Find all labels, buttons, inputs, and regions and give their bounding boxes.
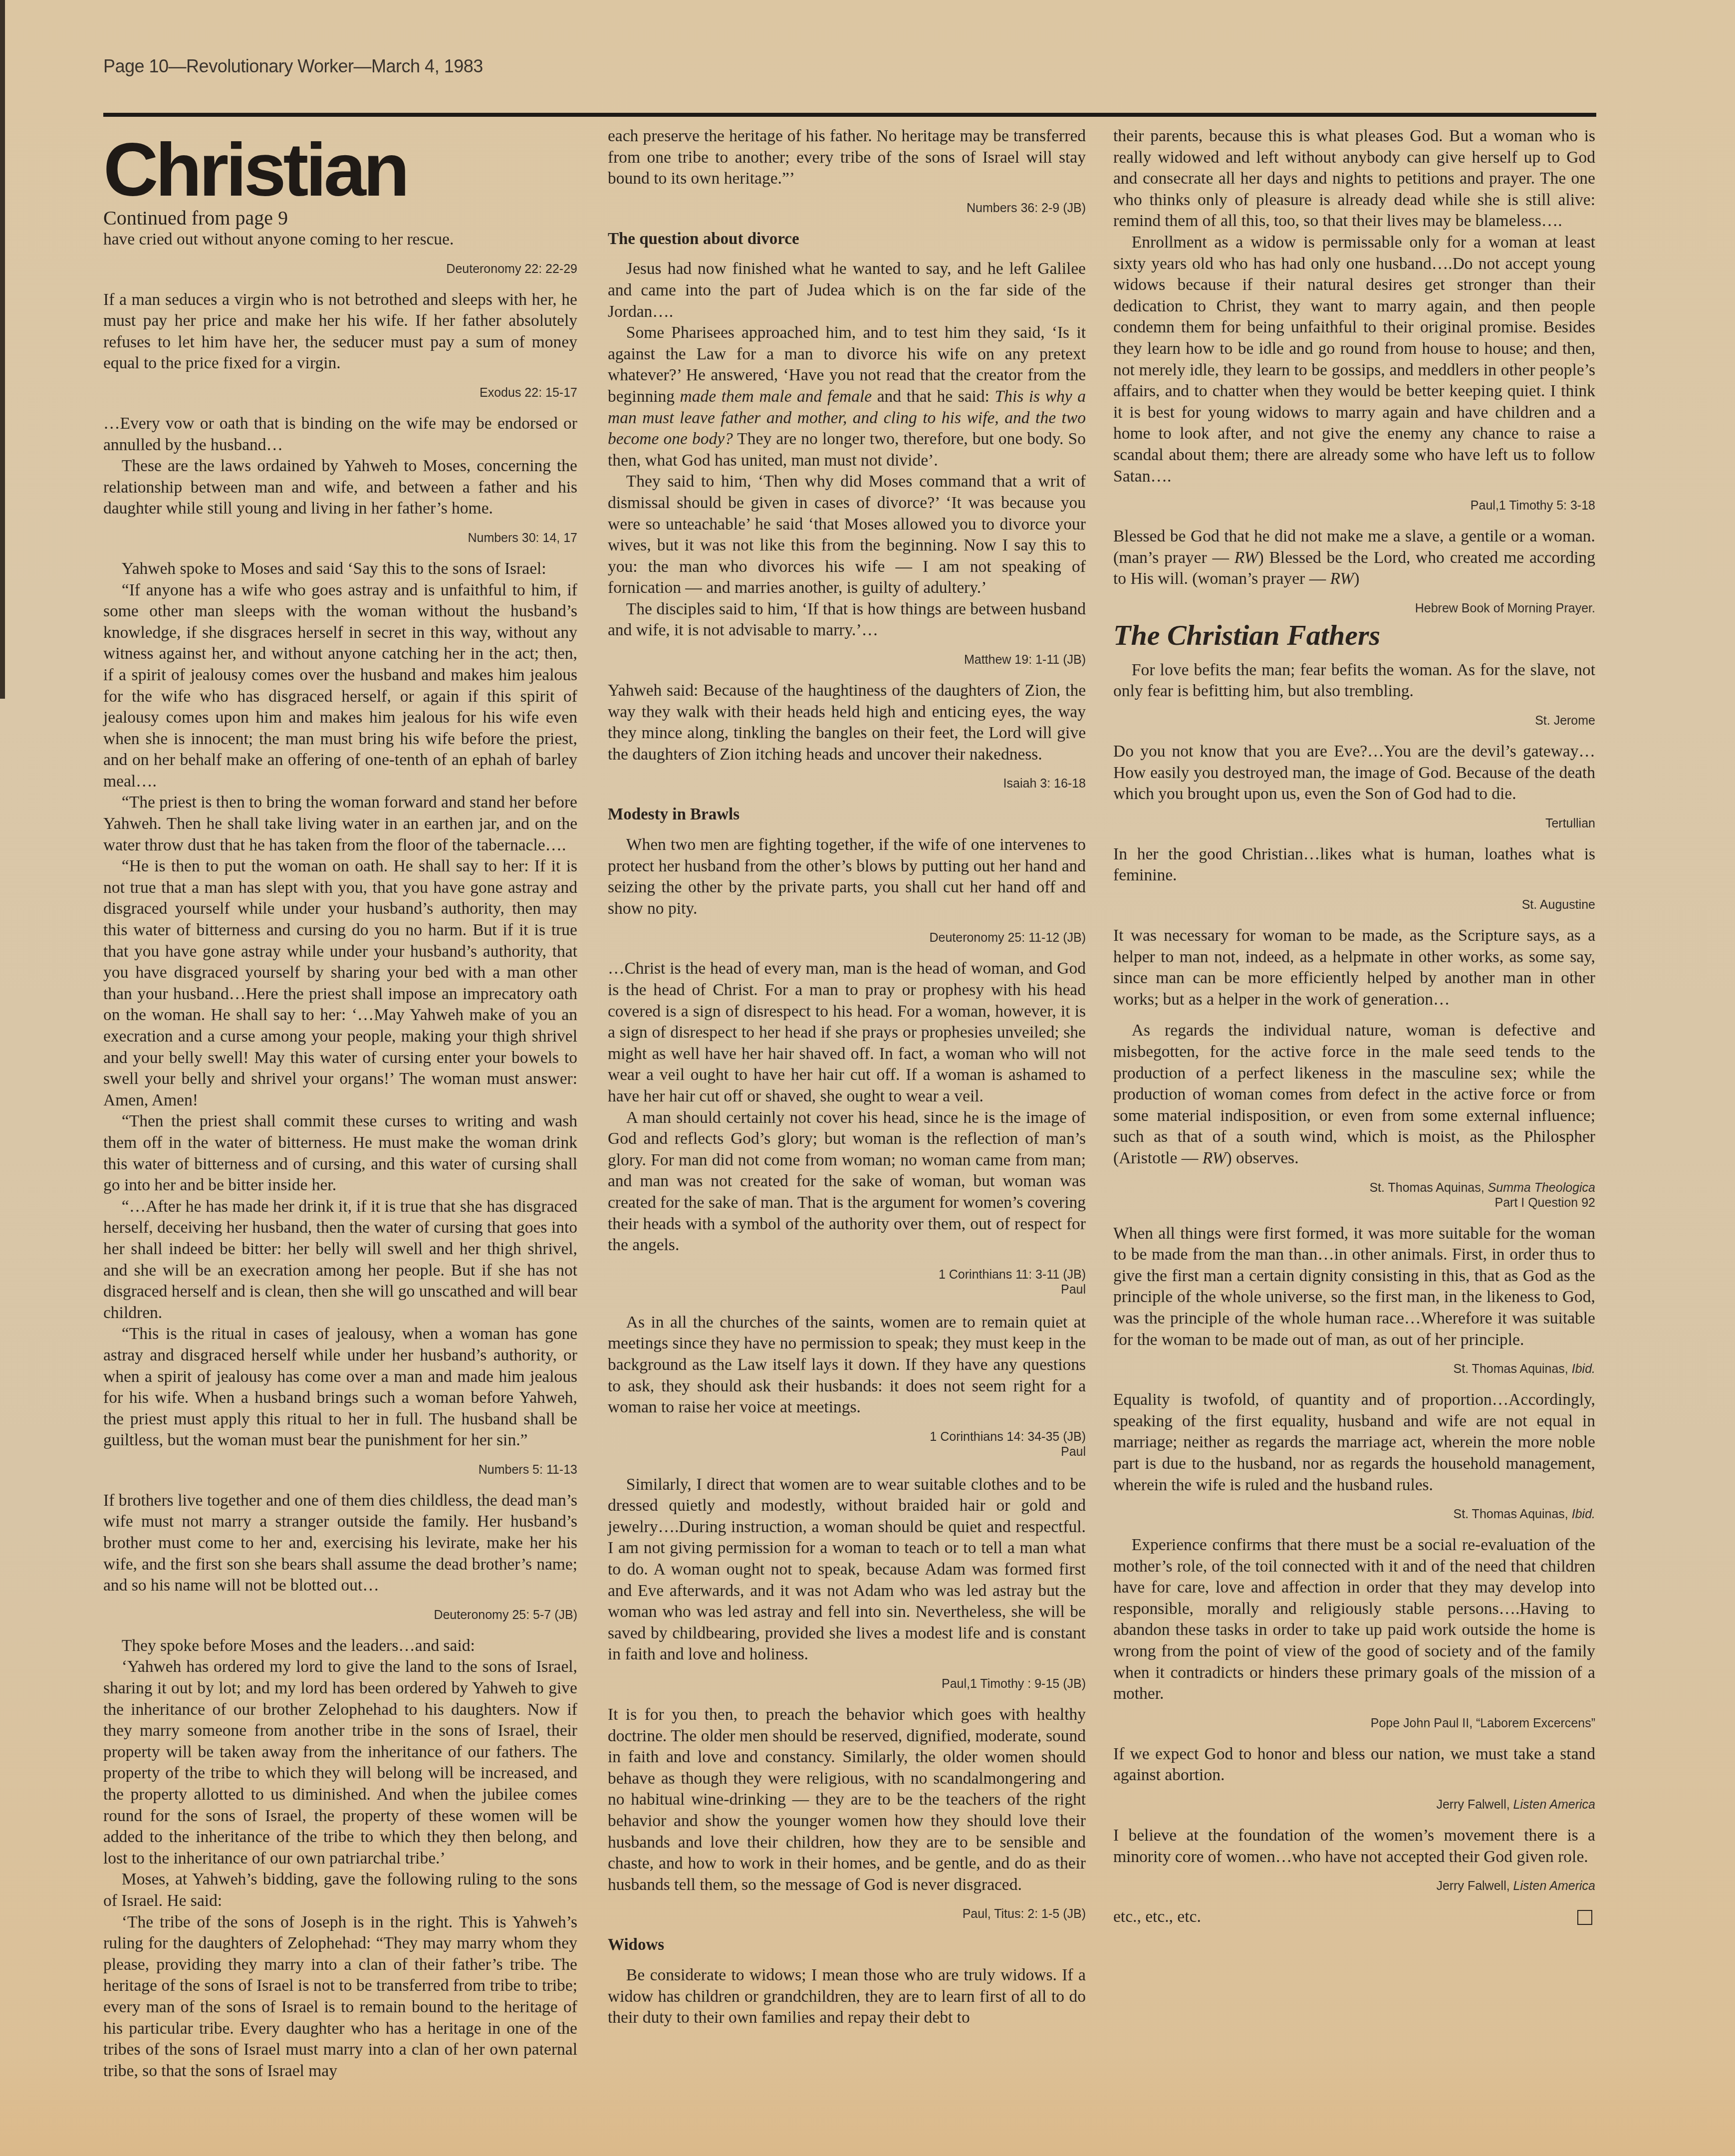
citation-author: Paul bbox=[608, 1444, 1086, 1459]
paragraph: If we expect God to honor and bless our … bbox=[1113, 1744, 1595, 1786]
paragraph: Some Pharisees approached him, and to te… bbox=[608, 322, 1086, 471]
paragraph: A man should certainly not cover his hea… bbox=[608, 1107, 1086, 1256]
spacer bbox=[1113, 1010, 1595, 1020]
text-run: ) observes. bbox=[1226, 1149, 1298, 1167]
paragraph: I believe at the foundation of the women… bbox=[1113, 1825, 1595, 1868]
citation-author: St. Thomas Aquinas, bbox=[1369, 1181, 1487, 1195]
rw-note: RW bbox=[1330, 569, 1354, 588]
citation-author: Jerry Falwell, bbox=[1436, 1798, 1513, 1812]
citation: Paul,1 Timothy : 9-15 (JB) bbox=[608, 1676, 1086, 1691]
paragraph: their parents, because this is what plea… bbox=[1113, 126, 1595, 232]
citation: Numbers 5: 11-13 bbox=[103, 1462, 577, 1477]
citation-author: St. Thomas Aquinas, bbox=[1454, 1507, 1572, 1521]
citation: Exodus 22: 15-17 bbox=[103, 385, 577, 400]
text-run: ) bbox=[1354, 569, 1359, 588]
paragraph: have cried out without anyone coming to … bbox=[103, 229, 577, 251]
scan-edge bbox=[0, 0, 5, 699]
section-heading-christian-fathers: The Christian Fathers bbox=[1113, 619, 1595, 652]
paragraph: ‘Yahweh has ordered my lord to give the … bbox=[103, 1656, 577, 1869]
citation: Isaiah 3: 16-18 bbox=[608, 776, 1086, 791]
column-left: Christian Continued from page 9 have cri… bbox=[103, 132, 577, 2082]
paragraph: Jesus had now finished what he wanted to… bbox=[608, 259, 1086, 322]
paragraph: When two men are fighting together, if t… bbox=[608, 834, 1086, 919]
paragraph: They said to him, ‘Then why did Moses co… bbox=[608, 471, 1086, 599]
citation: Numbers 30: 14, 17 bbox=[103, 531, 577, 545]
header-rule bbox=[103, 113, 1596, 117]
citation: Deuteronomy 22: 22-29 bbox=[103, 262, 577, 276]
paragraph: each preserve the heritage of his father… bbox=[608, 126, 1086, 190]
citation: St. Jerome bbox=[1113, 713, 1595, 728]
citation: Paul,1 Timothy 5: 3-18 bbox=[1113, 498, 1595, 513]
paragraph: Yahweh said: Because of the haughtiness … bbox=[608, 680, 1086, 765]
paragraph: …Christ is the head of every man, man is… bbox=[608, 958, 1086, 1107]
citation: Deuteronomy 25: 11-12 (JB) bbox=[608, 930, 1086, 945]
paragraph: If brothers live together and one of the… bbox=[103, 1490, 577, 1597]
paragraph: As regards the individual nature, woman … bbox=[1113, 1020, 1595, 1169]
citation-author: Paul bbox=[608, 1282, 1086, 1297]
paragraph: Yahweh spoke to Moses and said ‘Say this… bbox=[103, 558, 577, 580]
citation: Paul, Titus: 2: 1-5 (JB) bbox=[608, 1906, 1086, 1921]
citation-author: St. Thomas Aquinas, bbox=[1454, 1362, 1572, 1376]
citation: Pope John Paul II, “Laborem Excercens” bbox=[1113, 1716, 1595, 1731]
citation-part: Part I Question 92 bbox=[1113, 1195, 1595, 1210]
paragraph: If a man seduces a virgin who is not bet… bbox=[103, 289, 577, 374]
paragraph: Similarly, I direct that women are to we… bbox=[608, 1474, 1086, 1665]
paragraph: “The priest is then to bring the woman f… bbox=[103, 792, 577, 856]
citation: Numbers 36: 2-9 (JB) bbox=[608, 201, 1086, 216]
paragraph: Equality is twofold, of quantity and of … bbox=[1113, 1389, 1595, 1496]
paragraph: “He is then to put the woman on oath. He… bbox=[103, 856, 577, 1111]
rw-note: RW bbox=[1235, 548, 1258, 567]
citation: Hebrew Book of Morning Prayer. bbox=[1113, 601, 1595, 616]
column-right: their parents, because this is what plea… bbox=[1113, 126, 1595, 1928]
citation: St. Thomas Aquinas, Ibid. bbox=[1113, 1507, 1595, 1522]
paragraph: These are the laws ordained by Yahweh to… bbox=[103, 456, 577, 520]
citation-work: Listen America bbox=[1513, 1879, 1595, 1893]
subhead-widows: Widows bbox=[608, 1934, 1086, 1956]
citation-ref: 1 Corinthians 14: 34-35 (JB) bbox=[608, 1429, 1086, 1444]
citation: Jerry Falwell, Listen America bbox=[1113, 1879, 1595, 1893]
article-end: etc., etc., etc. bbox=[1113, 1906, 1595, 1928]
citation-ref: St. Thomas Aquinas, Summa Theologica bbox=[1113, 1180, 1595, 1195]
paragraph: Be considerate to widows; I mean those w… bbox=[608, 1965, 1086, 2029]
citation-work: Ibid. bbox=[1572, 1507, 1595, 1521]
citation-work: Summa Theologica bbox=[1488, 1181, 1595, 1195]
citation: Matthew 19: 1-11 (JB) bbox=[608, 652, 1086, 667]
citation: St. Thomas Aquinas, Summa TheologicaPart… bbox=[1113, 1180, 1595, 1210]
paragraph: As in all the churches of the saints, wo… bbox=[608, 1312, 1086, 1418]
page-folio: Page 10—Revolutionary Worker—March 4, 19… bbox=[103, 56, 483, 77]
citation-work: Ibid. bbox=[1572, 1362, 1595, 1376]
paragraph: “If anyone has a wife who goes astray an… bbox=[103, 580, 577, 793]
subhead-divorce: The question about divorce bbox=[608, 229, 1086, 250]
paragraph: Enrollment as a widow is permissable onl… bbox=[1113, 232, 1595, 487]
headline: Christian bbox=[103, 132, 587, 207]
paragraph: They spoke before Moses and the leaders…… bbox=[103, 1635, 577, 1657]
citation: 1 Corinthians 11: 3-11 (JB)Paul bbox=[608, 1267, 1086, 1297]
citation: Jerry Falwell, Listen America bbox=[1113, 1797, 1595, 1812]
paragraph: It was necessary for woman to be made, a… bbox=[1113, 925, 1595, 1010]
text-run: As regards the individual nature, woman … bbox=[1113, 1021, 1595, 1167]
citation-ref: 1 Corinthians 11: 3-11 (JB) bbox=[608, 1267, 1086, 1282]
paragraph: Blessed be God that he did not make me a… bbox=[1113, 526, 1595, 590]
citation: Tertullian bbox=[1113, 816, 1595, 831]
end-mark-icon bbox=[1577, 1910, 1592, 1925]
citation: St. Thomas Aquinas, Ibid. bbox=[1113, 1361, 1595, 1376]
paragraph: In her the good Christian…likes what is … bbox=[1113, 844, 1595, 886]
citation-work: Listen America bbox=[1513, 1798, 1595, 1812]
paragraph: It is for you then, to preach the behavi… bbox=[608, 1704, 1086, 1895]
italic-quote: made them male and female bbox=[680, 387, 872, 406]
citation-author: Jerry Falwell, bbox=[1436, 1879, 1513, 1893]
citation: 1 Corinthians 14: 34-35 (JB)Paul bbox=[608, 1429, 1086, 1459]
paragraph: Do you not know that you are Eve?…You ar… bbox=[1113, 741, 1595, 805]
column-middle: each preserve the heritage of his father… bbox=[608, 126, 1086, 2029]
paragraph: “Then the priest shall commit these curs… bbox=[103, 1111, 577, 1196]
paragraph: Experience confirms that there must be a… bbox=[1113, 1535, 1595, 1705]
paragraph: For love befits the man; fear befits the… bbox=[1113, 660, 1595, 702]
text-run: and that he said: bbox=[872, 387, 994, 406]
paragraph: Moses, at Yahweh’s bidding, gave the fol… bbox=[103, 1869, 577, 1911]
paragraph: ‘The tribe of the sons of Joseph is in t… bbox=[103, 1912, 577, 2082]
citation: St. Augustine bbox=[1113, 897, 1595, 912]
rw-note: RW bbox=[1203, 1149, 1227, 1167]
paragraph: The disciples said to him, ‘If that is h… bbox=[608, 599, 1086, 641]
paragraph: “…After he has made her drink it, if it … bbox=[103, 1196, 577, 1324]
closing-text: etc., etc., etc. bbox=[1113, 1906, 1201, 1928]
subhead-modesty: Modesty in Brawls bbox=[608, 804, 1086, 825]
paragraph: “This is the ritual in cases of jealousy… bbox=[103, 1324, 577, 1451]
paragraph: When all things were first formed, it wa… bbox=[1113, 1223, 1595, 1351]
citation: Deuteronomy 25: 5-7 (JB) bbox=[103, 1608, 577, 1622]
paragraph: …Every vow or oath that is binding on th… bbox=[103, 413, 577, 456]
